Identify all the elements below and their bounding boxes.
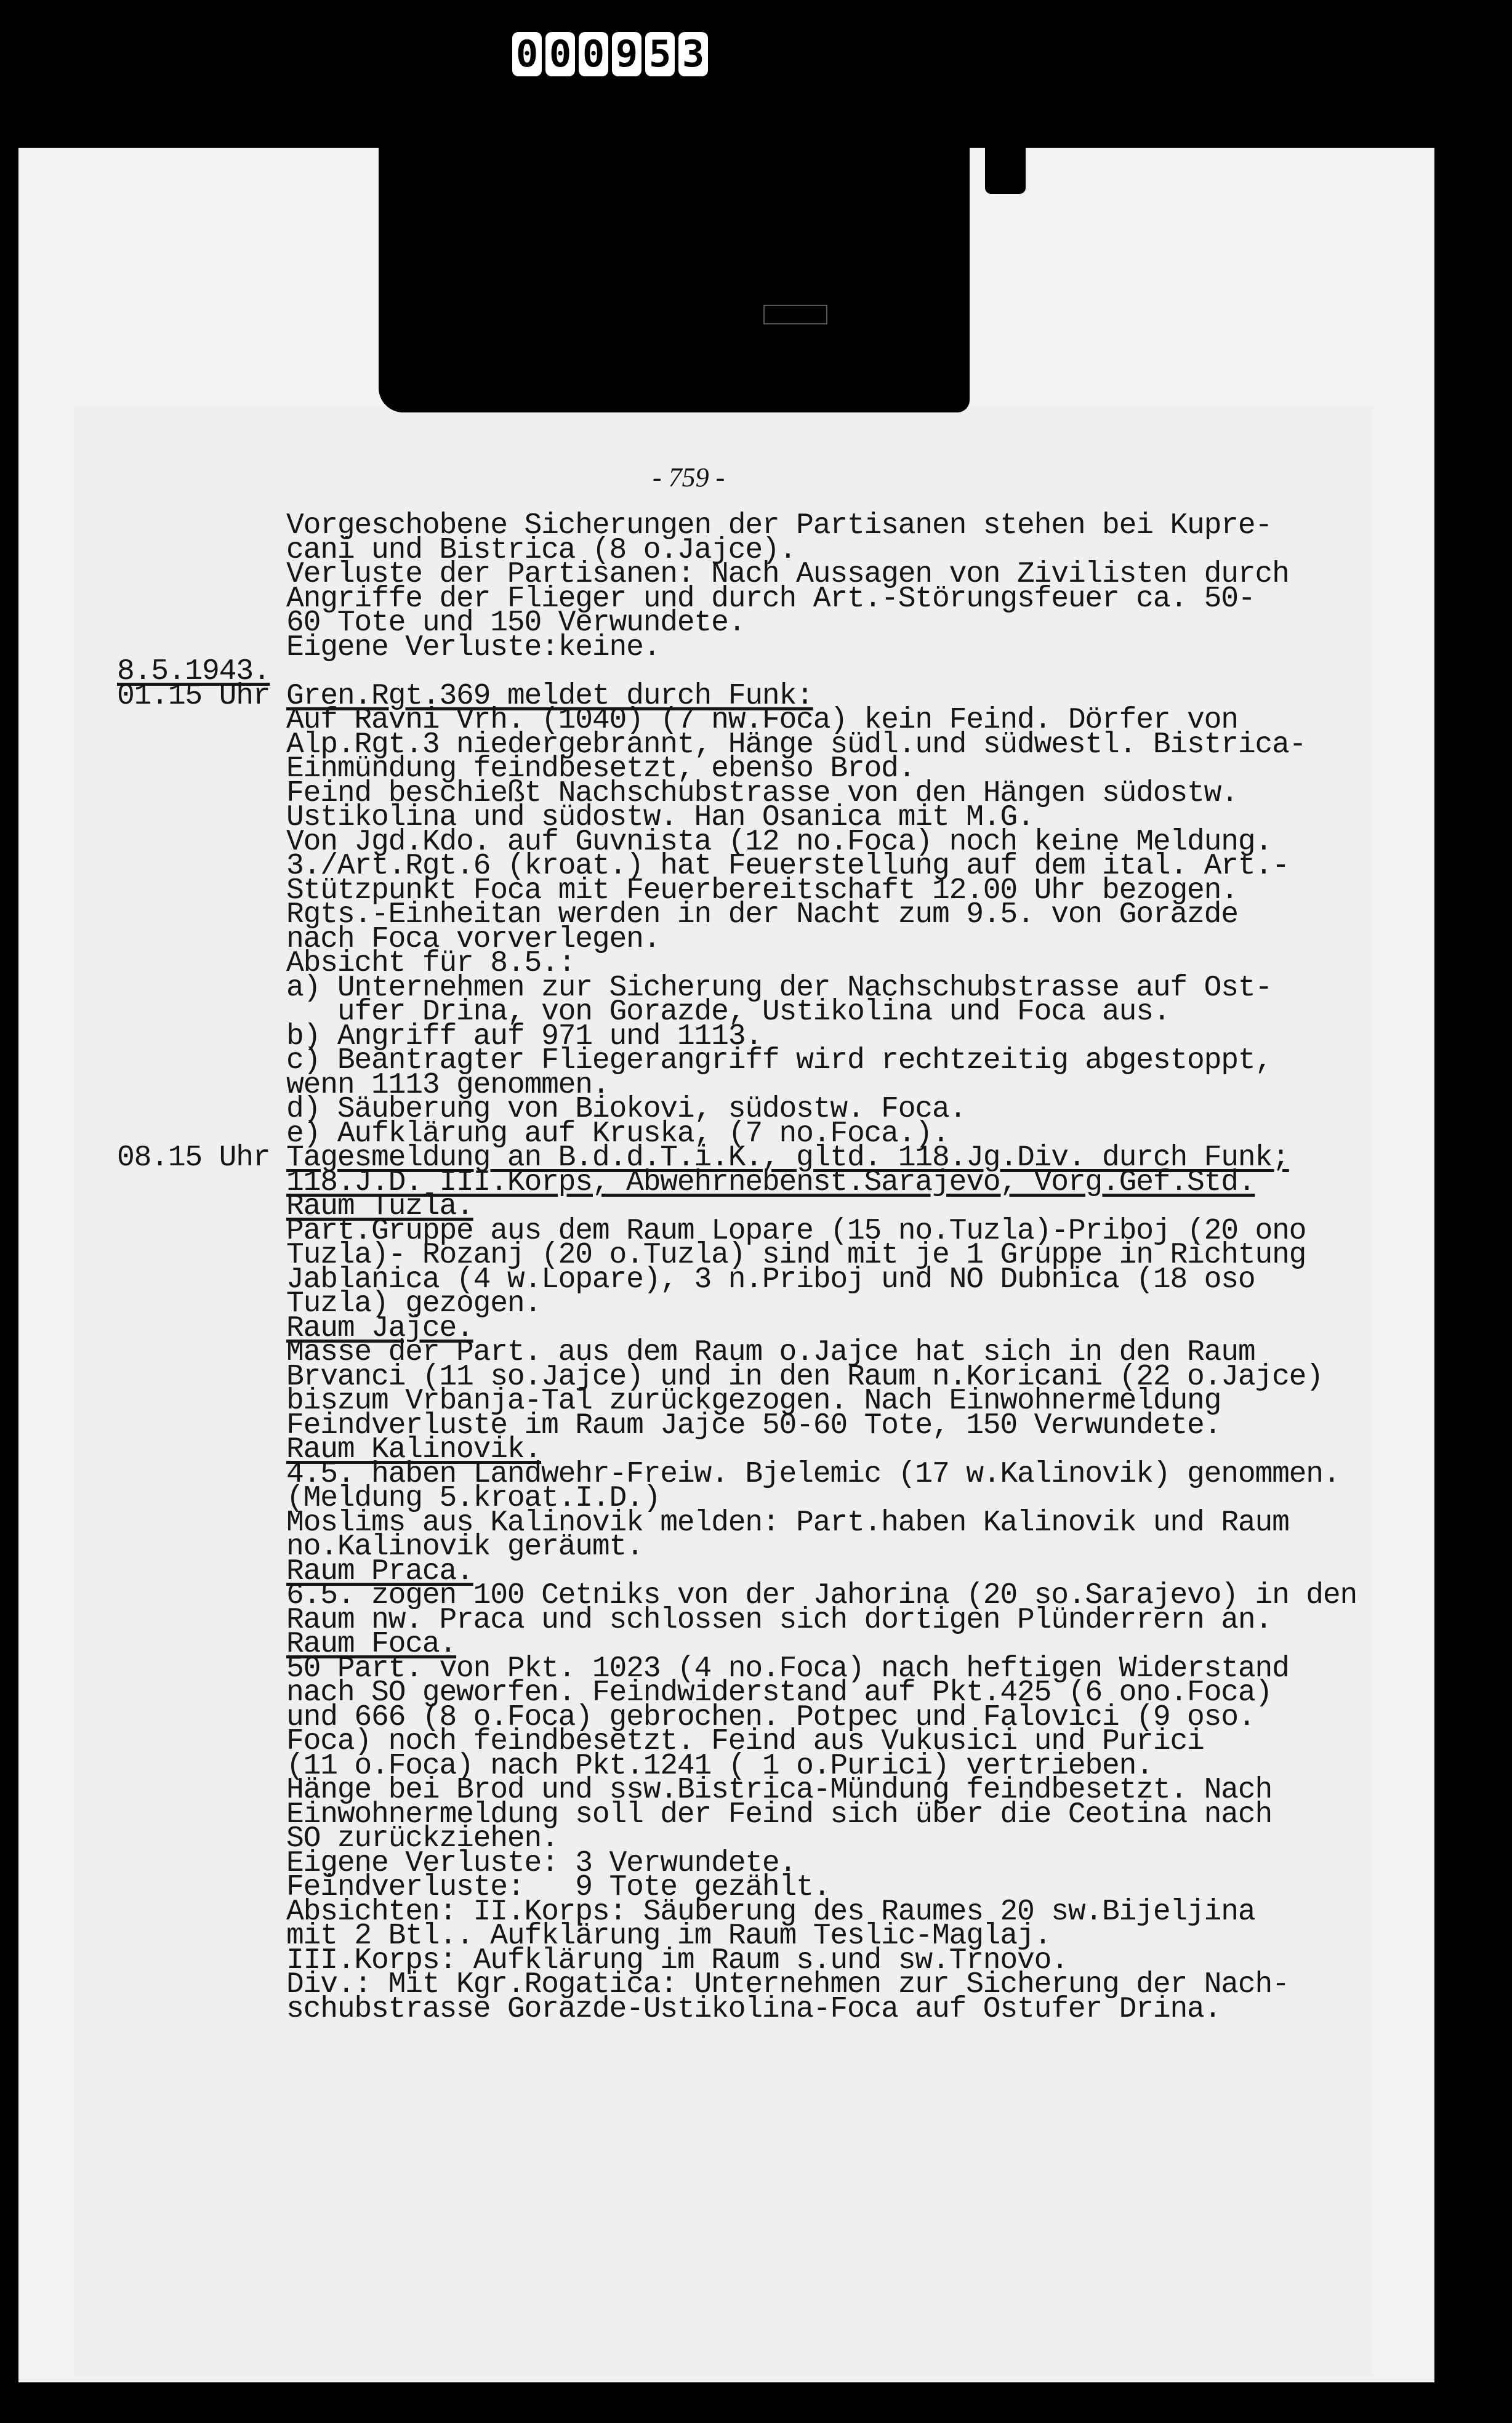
intro-paragraph: Vorgeschobene Sicherungen der Partisanen… [117,514,1379,660]
entry-time: 01.15 Uhr [117,685,286,1147]
entry-body: Gren.Rgt.369 meldet durch Funk:Auf Ravni… [286,685,1379,1147]
frame-digit: 5 [645,32,675,76]
log-entry: 08.15 UhrTagesmeldung an B.d.d.T.i.K., g… [117,1146,1379,2022]
text-line: schubstrasse Gorazde-Ustikolina-Foca auf… [286,1998,1379,2022]
log-entries: 01.15 UhrGren.Rgt.369 meldet durch Funk:… [117,685,1379,2022]
frame-digit: 9 [612,32,641,76]
entry-time: 08.15 Uhr [117,1146,286,2022]
frame-digit: 3 [678,32,708,76]
clip-label [763,305,827,324]
log-entry: 01.15 UhrGren.Rgt.369 meldet durch Funk:… [117,685,1379,1147]
page-number: - 759 - [653,462,725,493]
film-border [0,2382,1512,2423]
clip-tab [985,148,1026,194]
frame-digit: 0 [579,32,608,76]
entry-body: Tagesmeldung an B.d.d.T.i.K., gltd. 118.… [286,1146,1379,2022]
frame-digit: 0 [512,32,542,76]
text-line: Eigene Verluste:keine. [286,636,1379,661]
clip-shadow [379,148,970,412]
frame-number-counter: 0 0 0 9 5 3 [512,32,708,76]
frame-digit: 0 [545,32,575,76]
document-body: Vorgeschobene Sicherungen der Partisanen… [117,514,1379,2022]
